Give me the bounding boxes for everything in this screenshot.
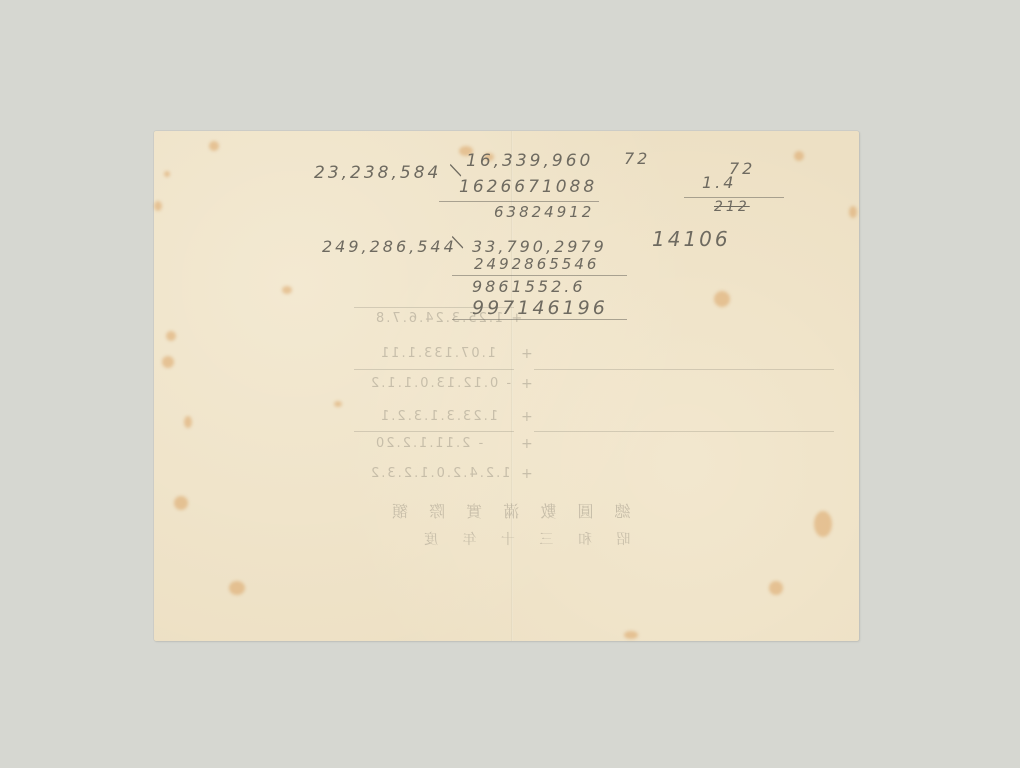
- stain: [184, 416, 192, 428]
- stain: [282, 286, 292, 294]
- calc1-remainder: 63824912: [494, 203, 594, 221]
- ghost-row: 1.2.4.2.0.1.2.3.2: [369, 466, 511, 481]
- stain: [154, 201, 162, 211]
- calc2-rule-2: [452, 319, 627, 320]
- calc2-subtrahend: 2492865546: [474, 255, 599, 273]
- stain: [769, 581, 783, 595]
- calc2-divisor: 33,790,2979: [472, 237, 607, 256]
- side-rule: [684, 197, 784, 198]
- stain: [164, 171, 170, 177]
- ghost-rule: [354, 369, 514, 370]
- ghost-plus: +: [519, 436, 533, 452]
- calc1-quotient: 72: [624, 149, 650, 168]
- ghost-row: - 0.12.13.0.1.1.2: [369, 376, 511, 391]
- ghost-plus: +: [519, 346, 533, 362]
- calc2-line4: 997146196: [472, 297, 608, 319]
- side-line2: 1.4: [702, 173, 736, 192]
- stain: [162, 356, 174, 368]
- stain: [714, 291, 730, 307]
- calc2-rule: [452, 275, 627, 276]
- calc1-slash: /: [445, 161, 467, 176]
- ghost-subtitle: 昭 和 三 十 年 度: [414, 529, 630, 549]
- ghost-title: 總 圓 數 滿 實 際 額: [384, 499, 631, 522]
- stain: [814, 511, 832, 537]
- stain: [166, 331, 176, 341]
- calc2-dividend: 249,286,544: [322, 237, 457, 256]
- side-line3: 212: [714, 199, 750, 215]
- ghost-row: 1.07.133.1.11: [379, 346, 496, 361]
- calc2-line3: 9861552.6: [472, 277, 586, 296]
- ghost-rule: [354, 431, 514, 432]
- calc1-divisor: 16,339,960: [466, 151, 593, 171]
- stain: [174, 496, 188, 510]
- stain: [624, 631, 638, 639]
- calc1-dividend: 23,238,584: [314, 163, 441, 183]
- ghost-plus: +: [519, 376, 533, 392]
- ghost-row: 1.23.3.1.3.2.1: [379, 409, 498, 424]
- ghost-rule: [534, 369, 834, 370]
- ghost-rule: [534, 431, 834, 432]
- stain: [229, 581, 245, 595]
- stain: [334, 401, 342, 407]
- ghost-plus: +: [519, 466, 533, 482]
- stain: [209, 141, 219, 151]
- ghost-row: - 2.11.1.2.20: [374, 436, 483, 451]
- calc1-subtrahend: 1626671088: [459, 177, 597, 197]
- side-result: 14106: [652, 227, 731, 251]
- stain: [849, 206, 857, 218]
- stain: [794, 151, 804, 161]
- calc1-rule: [439, 201, 599, 202]
- ghost-plus: +: [519, 409, 533, 425]
- document-paper: + 1.25.3.24.6.7.8 1.07.133.1.11 - 0.12.1…: [154, 131, 859, 641]
